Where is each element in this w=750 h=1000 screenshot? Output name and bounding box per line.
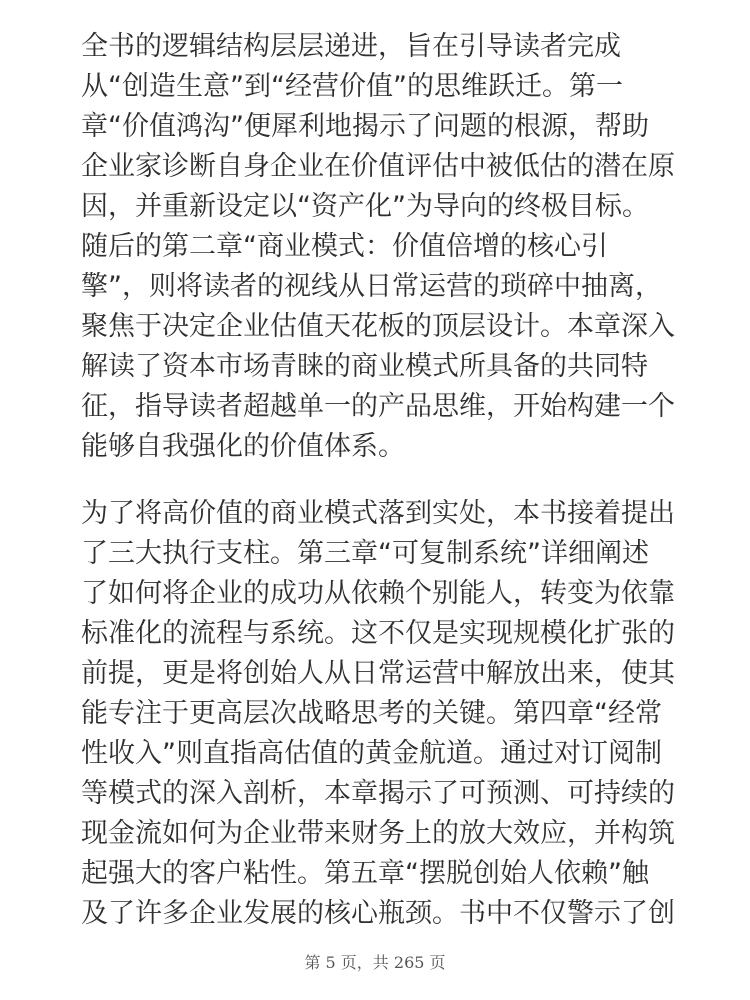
text-line: 前提，更是将创始人从日常运营中解放出来，使其 <box>81 656 675 692</box>
text-line: 起强大的客户粘性。第五章“摆脱创始人依赖”触 <box>81 856 649 892</box>
text-line: 能够自我强化的价值体系。 <box>81 429 405 465</box>
text-line: 从“创造生意”到“经营价值”的思维跃迁。第一 <box>81 69 623 105</box>
text-line: 擎”，则将读者的视线从日常运营的琐碎中抽离， <box>81 269 662 305</box>
text-line: 因，并重新设定以“资产化”为导向的终极目标。 <box>81 189 649 225</box>
text-line: 征，指导读者超越单一的产品思维，开始构建一个 <box>81 389 675 425</box>
text-line: 性收入”则直指高估值的黄金航道。通过对订阅制 <box>81 736 662 772</box>
text-line: 解读了资本市场青睐的商业模式所具备的共同特 <box>81 349 648 385</box>
page-indicator: 第 5 页，共 265 页 <box>0 950 750 973</box>
text-line: 章“价值鸿沟”便犀利地揭示了问题的根源，帮助 <box>81 109 649 145</box>
text-line: 现金流如何为企业带来财务上的放大效应，并构筑 <box>81 816 675 852</box>
text-line: 能专注于更高层次战略思考的关键。第四章“经常 <box>81 696 662 732</box>
text-line: 了三大执行支柱。第三章“可复制系统”详细阐述 <box>81 536 649 572</box>
text-line: 等模式的深入剖析，本章揭示了可预测、可持续的 <box>81 776 675 812</box>
document-page: 全书的逻辑结构层层递进，旨在引导读者完成 从“创造生意”到“经营价值”的思维跃迁… <box>0 0 750 1000</box>
text-line: 了如何将企业的成功从依赖个别能人，转变为依靠 <box>81 576 675 612</box>
text-line: 聚焦于决定企业估值天花板的顶层设计。本章深入 <box>81 309 675 345</box>
text-line: 企业家诊断自身企业在价值评估中被低估的潜在原 <box>81 149 675 185</box>
text-line: 标准化的流程与系统。这不仅是实现规模化扩张的 <box>81 616 675 652</box>
text-line: 随后的第二章“商业模式：价值倍增的核心引 <box>81 229 608 265</box>
text-line: 全书的逻辑结构层层递进，旨在引导读者完成 <box>81 29 621 65</box>
text-line: 为了将高价值的商业模式落到实处，本书接着提出 <box>81 496 675 532</box>
text-line: 及了许多企业发展的核心瓶颈。书中不仅警示了创 <box>81 896 675 932</box>
